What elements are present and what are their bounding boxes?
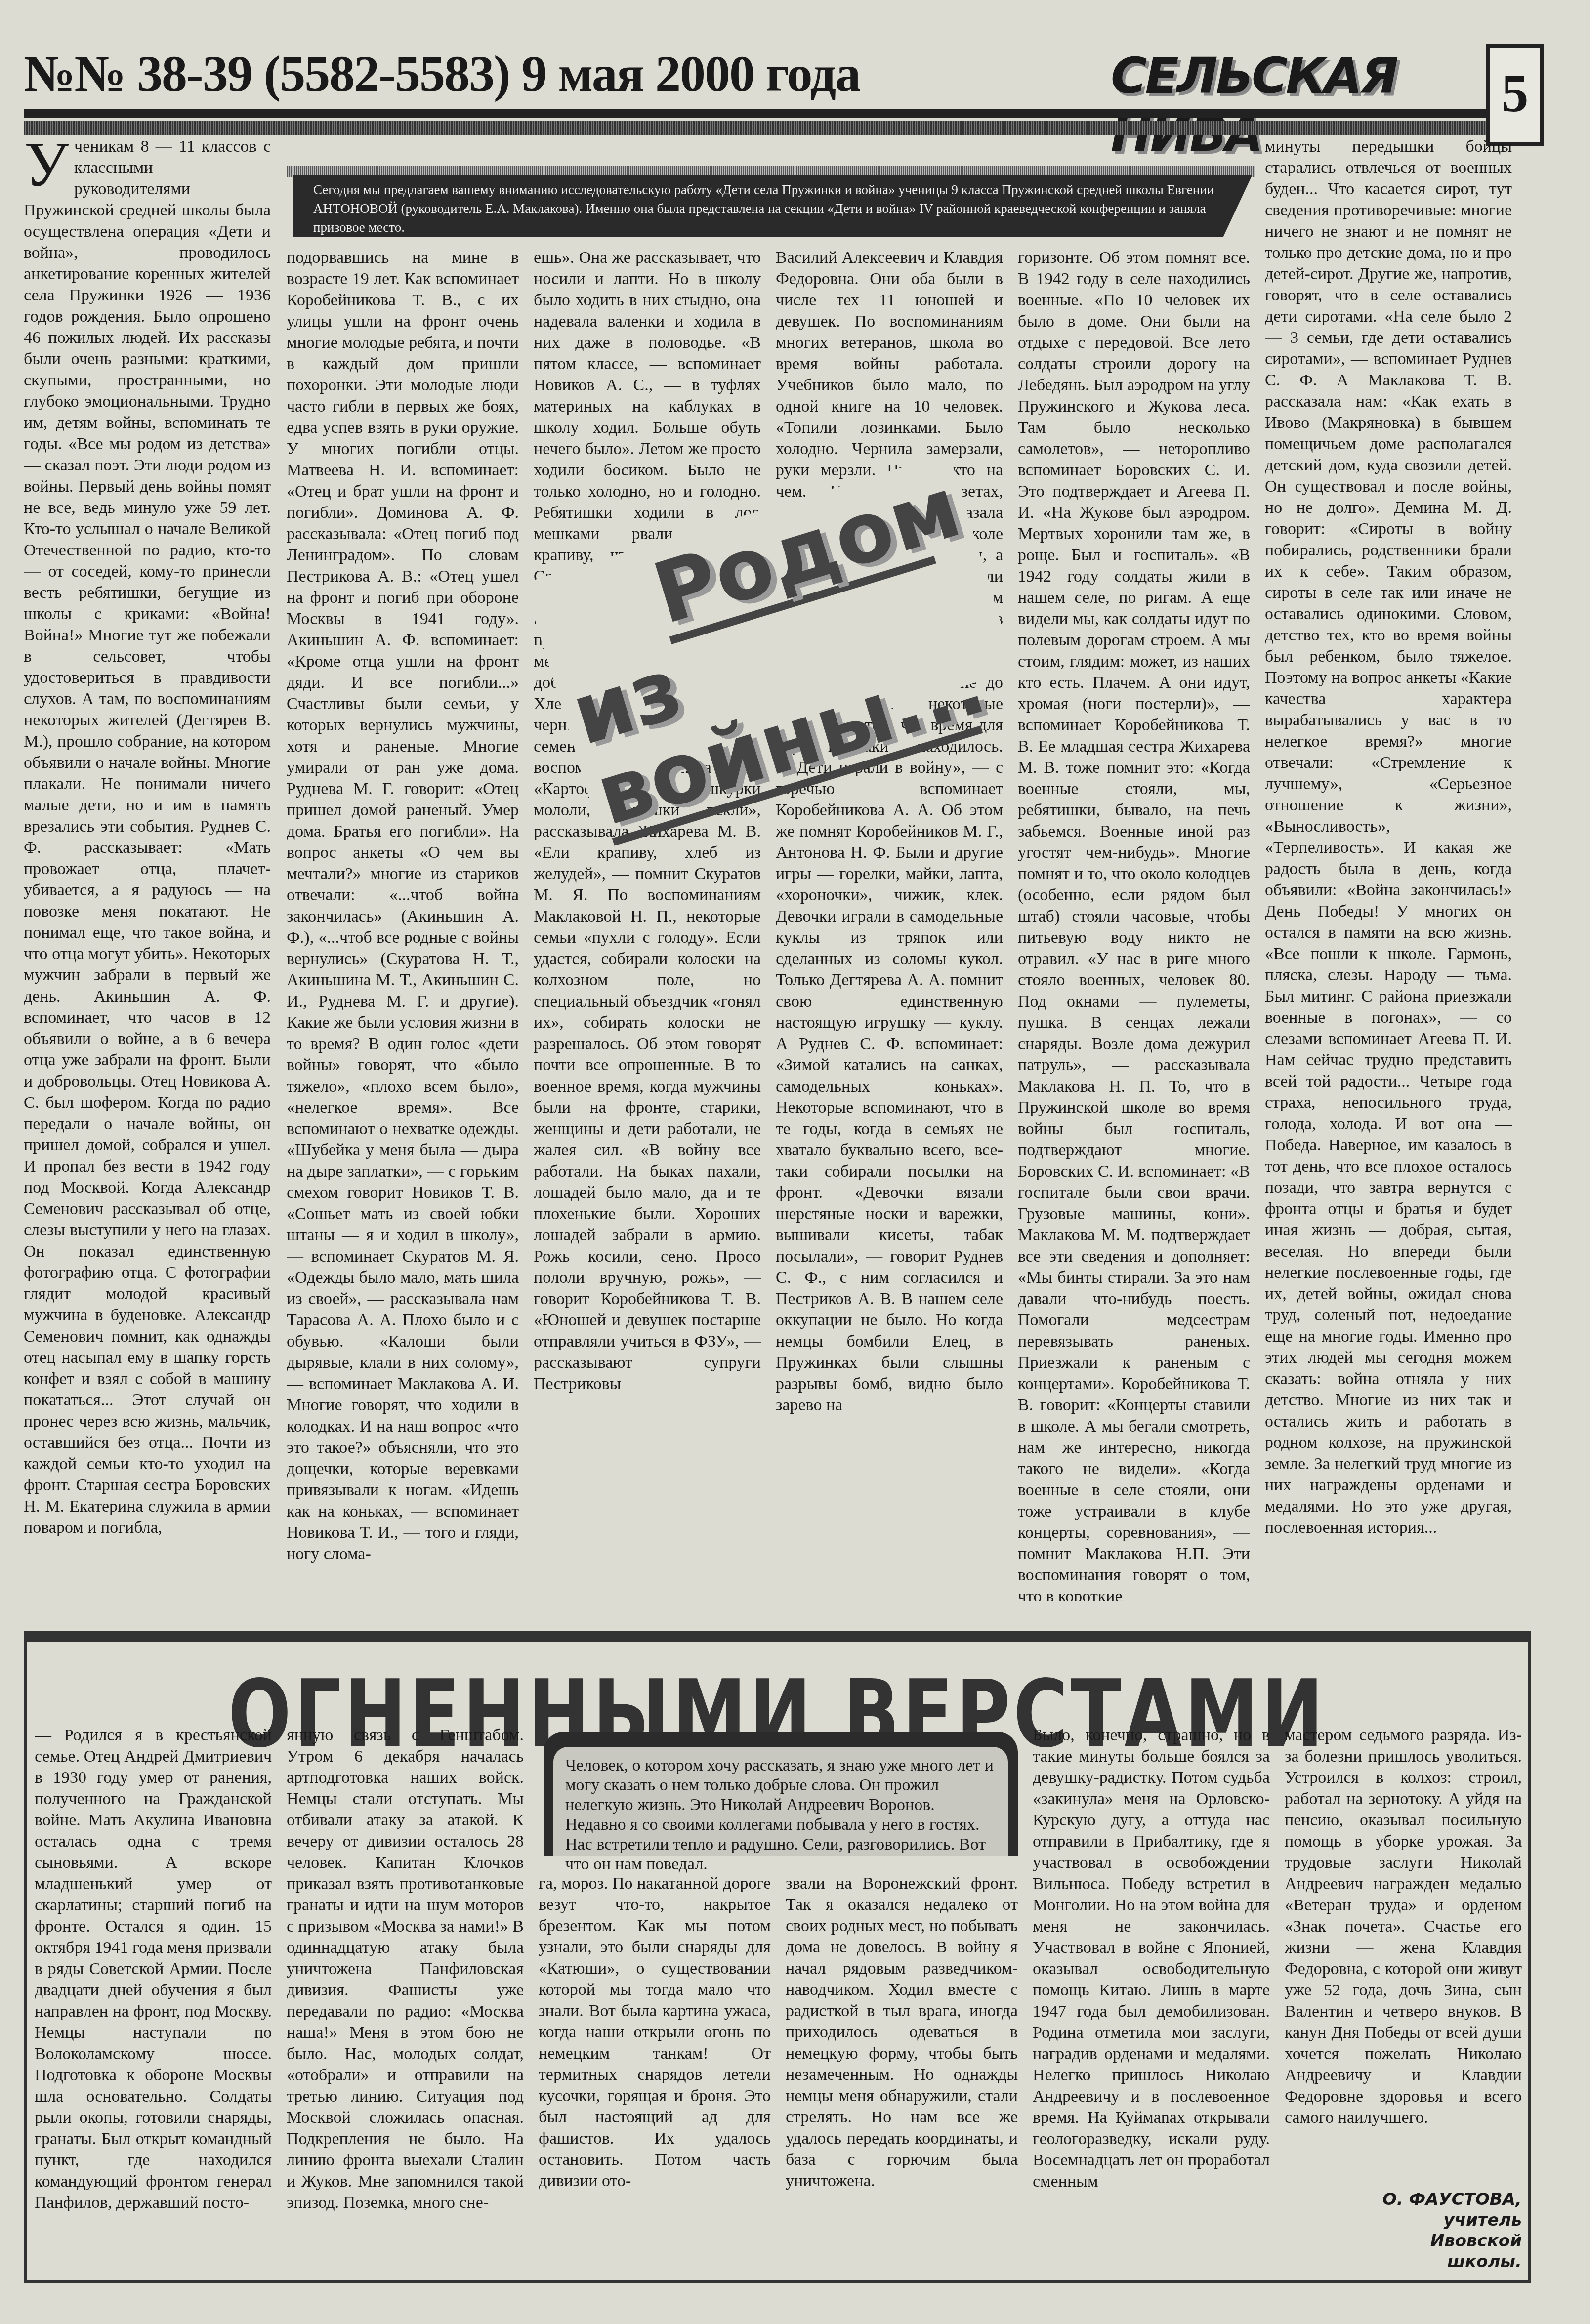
article1-column-1: Ученикам 8 — 11 классов с классными руко…: [24, 136, 271, 1599]
article2-intro: Человек, о котором хочу рассказать, я зн…: [553, 1747, 1008, 1856]
article2-column-3: га, мороз. По накатанной дороге везут чт…: [539, 1873, 771, 2268]
column-text: Василий Алексеевич и Клавдия Федоровна. …: [776, 249, 1003, 1414]
article1-column-3: ешь». Она же рассказывает, что носили и …: [534, 247, 761, 1601]
column-text: га, мороз. По накатанной дороге везут чт…: [539, 1874, 771, 2190]
article1-column-5: горизонте. Об этом помнят все. В 1942 го…: [1018, 247, 1250, 1601]
author-signature: О. ФАУСТОВА, учитель Ивовской школы.: [1359, 2189, 1522, 2272]
issue-line: №№ 38-39 (5582-5583) 9 мая 2000 года: [24, 44, 860, 103]
article1-intro: Сегодня мы предлагаем вашему вниманию ис…: [293, 175, 1252, 237]
article2-intro-box: Человек, о котором хочу рассказать, я зн…: [544, 1732, 1018, 1856]
article2-column-6: мастером седьмого разряда. Из-за болезни…: [1285, 1725, 1522, 2184]
column-text: Было, конечно, страшно, но в такие минут…: [1033, 1726, 1270, 2191]
article1-column-2: подорвавшись на мине в возрасте 19 лет. …: [287, 247, 519, 1601]
article1-column-6: минуты передышки бойцы старались отвлечь…: [1265, 136, 1512, 1599]
masthead: №№ 38-39 (5582-5583) 9 мая 2000 года СЕЛ…: [24, 15, 1526, 143]
column-text: подорвавшись на мине в возрасте 19 лет. …: [287, 249, 519, 1563]
author-name: О. ФАУСТОВА,: [1359, 2189, 1522, 2210]
masthead-rule-hatched: [24, 121, 1486, 135]
article2-column-5: Было, конечно, страшно, но в такие минут…: [1033, 1725, 1270, 2268]
column-text: — Родился я в крестьянской семье. Отец А…: [35, 1726, 272, 2212]
column-text: горизонте. Об этом помнят все. В 1942 го…: [1018, 249, 1250, 1601]
column-text: минуты передышки бойцы старались отвлечь…: [1265, 137, 1512, 1537]
column-text: мастером седьмого разряда. Из-за болезни…: [1285, 1726, 1522, 2127]
article2-column-1: — Родился я в крестьянской семье. Отец А…: [35, 1725, 272, 2268]
article1-column-4: Василий Алексеевич и Клавдия Федоровна. …: [776, 247, 1003, 1601]
article2-column-2: янную связь с Генштабом. Утром 6 декабря…: [287, 1725, 524, 2268]
column-text: ченикам 8 — 11 классов с классными руков…: [24, 137, 271, 1537]
article2-column-4: звали на Воронежский фронт. Так я оказал…: [786, 1873, 1018, 2268]
column-text: янную связь с Генштабом. Утром 6 декабря…: [287, 1726, 524, 2212]
drop-cap: У: [24, 140, 69, 189]
masthead-rule: [24, 109, 1486, 118]
page-number: 5: [1486, 44, 1544, 146]
author-title: учитель Ивовской школы.: [1359, 2210, 1522, 2272]
column-text: звали на Воронежский фронт. Так я оказал…: [786, 1874, 1018, 2190]
